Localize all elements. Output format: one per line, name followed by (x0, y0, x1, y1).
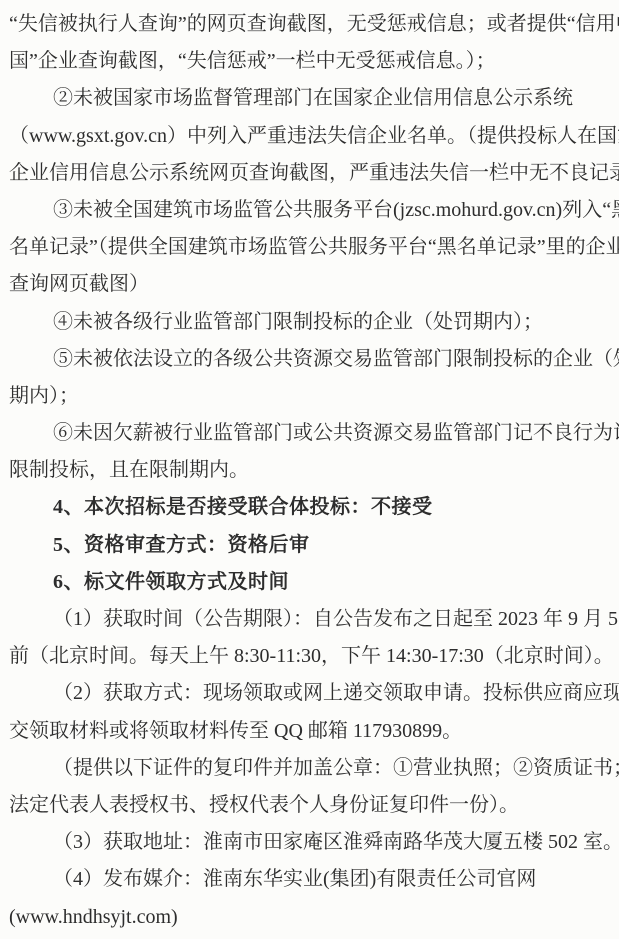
text-line: （2）获取方式：现场领取或网上递交领取申请。投标供应商应现场递 (9, 675, 613, 712)
text-line: （www.gsxt.gov.cn）中列入严重违法失信企业名单。（提供投标人在国家 (9, 118, 613, 155)
text-line: (www.hndhsyjt.com) (9, 899, 613, 936)
text-line: （1）获取时间（公告期限）：自公告发布之日起至 2023 年 9 月 5 日 (9, 601, 613, 638)
text-line: 法定代表人表授权书、授权代表个人身份证复印件一份）。 (9, 787, 613, 824)
document-page: “失信被执行人查询”的网页查询截图，无受惩戒信息；或者提供“信用中国”企业查询截… (0, 0, 619, 939)
text-line: （4）发布媒介：淮南东华实业(集团)有限责任公司官网 (9, 861, 613, 898)
text-line: 查询网页截图） (9, 266, 613, 303)
text-line: ③未被全国建筑市场监管公共服务平台(jzsc.mohurd.gov.cn)列入“… (9, 192, 613, 229)
text-line: （提供以下证件的复印件并加盖公章：①营业执照；②资质证书；③ (9, 750, 613, 787)
text-line: ⑥未因欠薪被行业监管部门或公共资源交易监管部门记不良行为记录， (9, 415, 613, 452)
text-line: 4、本次招标是否接受联合体投标：不接受 (9, 489, 613, 526)
text-line: “失信被执行人查询”的网页查询截图，无受惩戒信息；或者提供“信用中 (9, 6, 613, 43)
text-line: 企业信用信息公示系统网页查询截图，严重违法失信一栏中无不良记录）； (9, 155, 613, 192)
text-line: 5、资格审查方式：资格后审 (9, 527, 613, 564)
text-line: 名单记录”（提供全国建筑市场监管公共服务平台“黑名单记录”里的企业 (9, 229, 613, 266)
document-body: “失信被执行人查询”的网页查询截图，无受惩戒信息；或者提供“信用中国”企业查询截… (9, 6, 613, 936)
text-line: 国”企业查询截图，“失信惩戒”一栏中无受惩戒信息。）； (9, 43, 613, 80)
text-line: （3）获取地址：淮南市田家庵区淮舜南路华茂大厦五楼 502 室。 (9, 824, 613, 861)
text-line: 前（北京时间。每天上午 8:30-11:30，下午 14:30-17:30（北京… (9, 638, 613, 675)
text-line: ⑤未被依法设立的各级公共资源交易监管部门限制投标的企业（处罚 (9, 341, 613, 378)
text-line: 交领取材料或将领取材料传至 QQ 邮箱 117930899。 (9, 713, 613, 750)
text-line: ②未被国家市场监督管理部门在国家企业信用信息公示系统 (9, 80, 613, 117)
text-line: 6、标文件领取方式及时间 (9, 564, 613, 601)
text-line: 限制投标，且在限制期内。 (9, 452, 613, 489)
text-line: 期内）； (9, 378, 613, 415)
text-line: ④未被各级行业监管部门限制投标的企业（处罚期内）； (9, 304, 613, 341)
